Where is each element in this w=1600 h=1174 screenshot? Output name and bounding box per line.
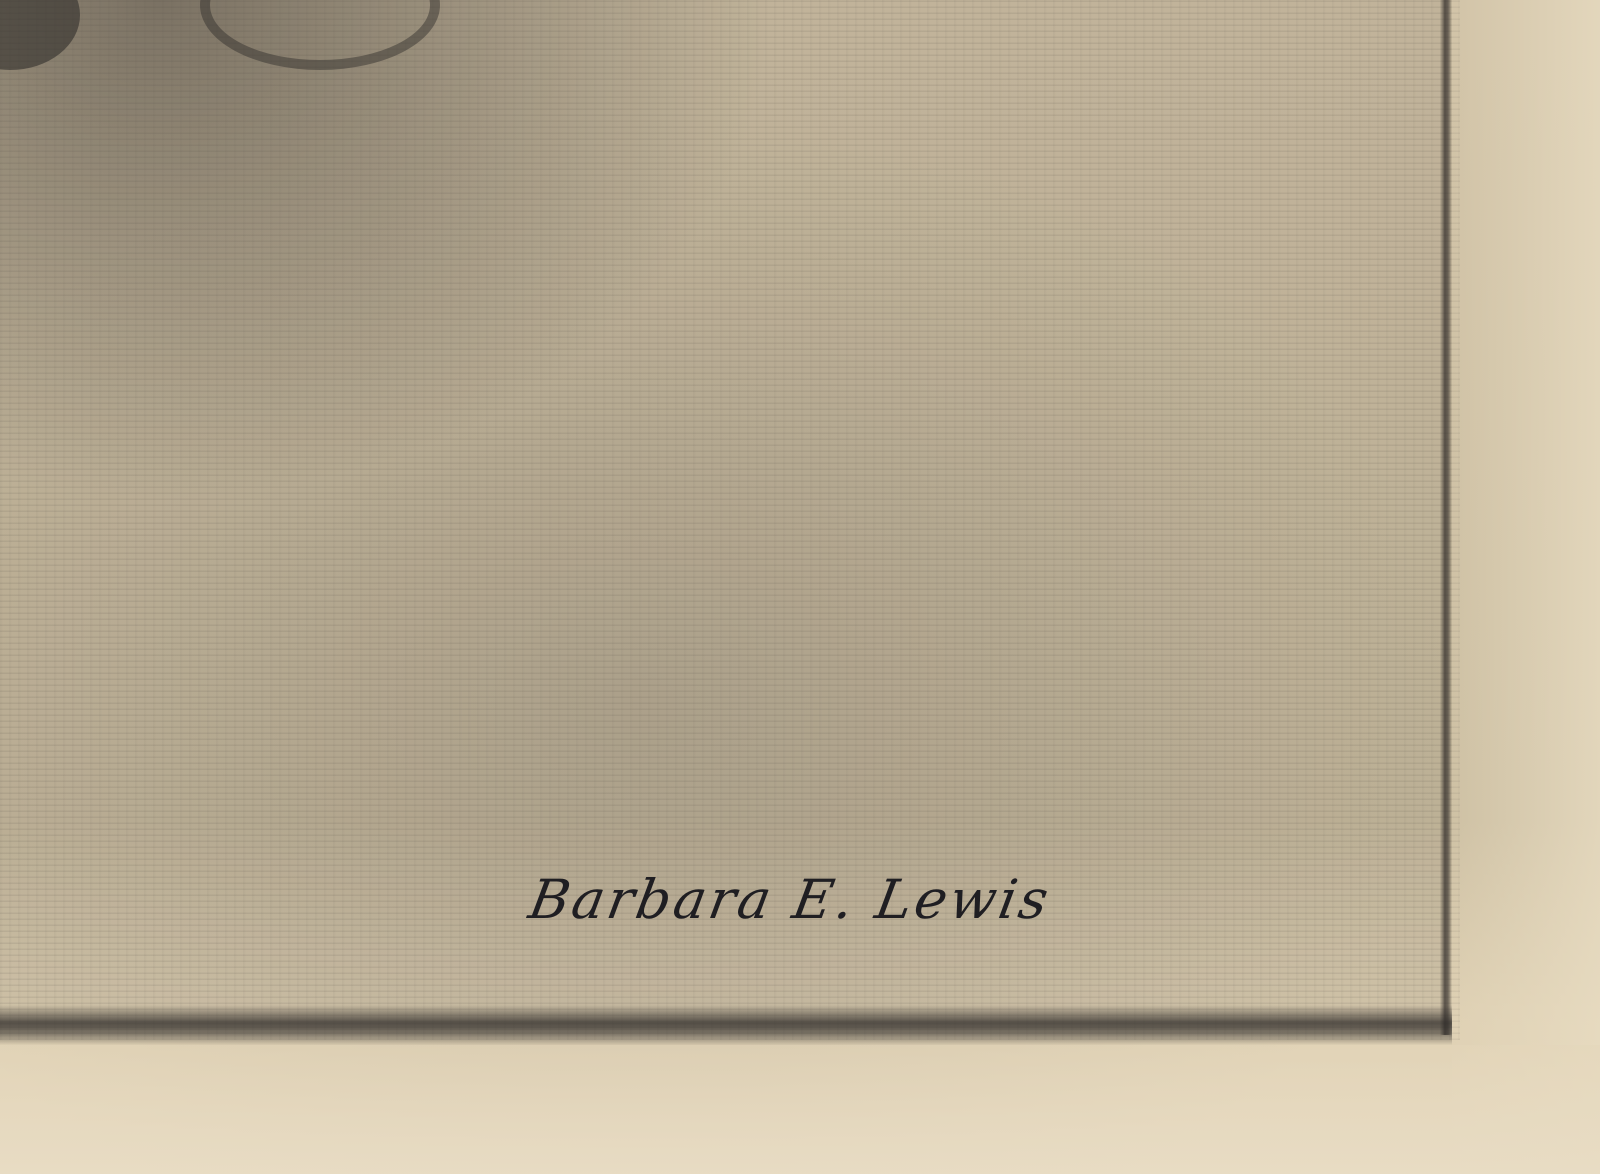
paper-margin-right (1452, 0, 1600, 1174)
image-border-bottom (0, 1005, 1452, 1045)
artwork-print: Barbara E. Lewis (0, 0, 1600, 1174)
artist-signature: Barbara E. Lewis (524, 868, 1056, 931)
image-border-right (1440, 0, 1452, 1035)
paper-margin-bottom (0, 1045, 1600, 1174)
